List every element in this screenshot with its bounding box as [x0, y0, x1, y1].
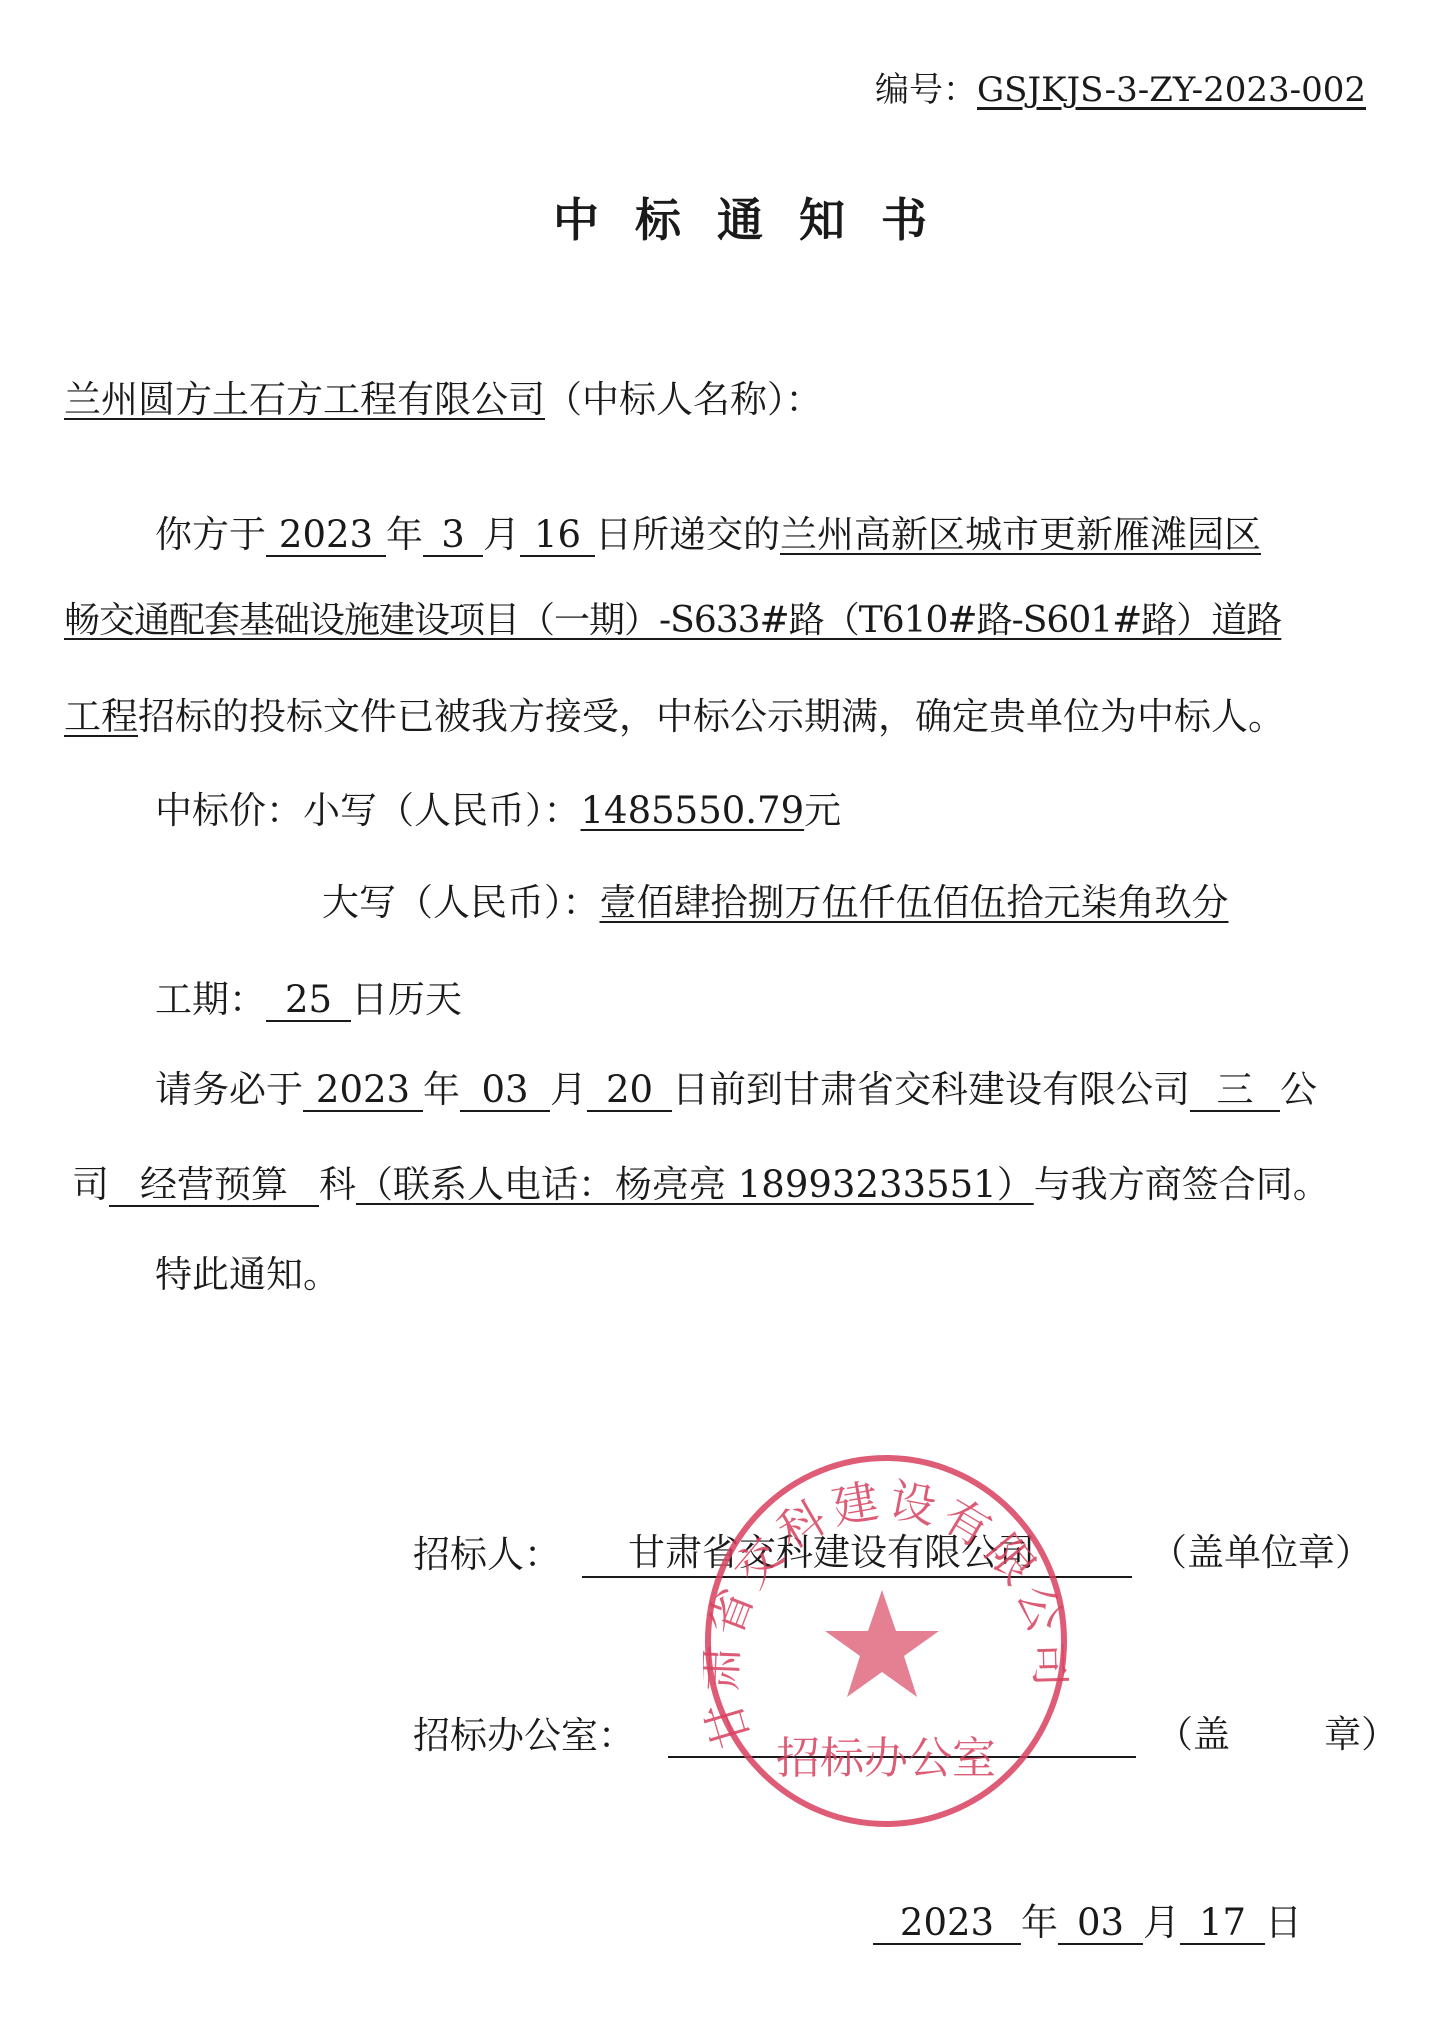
body-line-1: 你方于2023年3月16日所递交的兰州高新区城市更新雁滩园区 [155, 512, 1261, 558]
issue-day-unit: 日 [1265, 1901, 1302, 1944]
issue-date: 2023年03月17日 [873, 1900, 1302, 1946]
price-big-value: 壹佰肆拾捌万伍仟伍佰伍拾元柒角玖分 [600, 881, 1229, 924]
project-name-part-2: 畅交通配套基础设施建设项目（一期）-S633#路（T610#路-S601#路）道… [64, 600, 1281, 641]
submit-year: 2023 [266, 515, 386, 557]
price-big-label: 大写（人民币）： [322, 881, 600, 924]
contract-year-unit: 年 [423, 1068, 460, 1111]
stamp-ring-text: 甘肃省交科建设有限公司 [703, 1473, 1069, 1755]
tenderer-underline [582, 1576, 1132, 1578]
price-big-line: 大写（人民币）：壹佰肆拾捌万伍仟伍佰伍拾元柒角玖分 [322, 880, 1229, 926]
price-small-label: 小写（人民币）： [303, 789, 581, 832]
recipient-company: 兰州圆方土石方工程有限公司 [64, 378, 545, 421]
contract-branch: 三 [1190, 1070, 1280, 1112]
month-unit: 月 [483, 513, 520, 556]
svg-text:甘肃省交科建设有限公司: 甘肃省交科建设有限公司 [703, 1473, 1069, 1755]
notice-end: 特此通知。 [155, 1252, 340, 1298]
issue-month: 03 [1058, 1903, 1143, 1945]
document-number-value: GSJKJS-3-ZY-2023-002 [977, 70, 1366, 110]
contract-line-2: 司经营预算科（联系人电话：杨亮亮 18993233551）与我方商签合同。 [72, 1162, 1330, 1208]
office-underline [668, 1756, 1136, 1758]
contract-line-1: 请务必于2023年03月20日前到甘肃省交科建设有限公司三公 [155, 1067, 1317, 1113]
issue-year-unit: 年 [1021, 1901, 1058, 1944]
contract-prefix: 请务必于 [155, 1068, 303, 1111]
page-title: 中标通知书 [553, 184, 963, 250]
contract-day: 20 [587, 1070, 672, 1112]
issue-month-unit: 月 [1143, 1901, 1180, 1944]
tenderer-seal-note: （盖单位章） [1150, 1530, 1372, 1576]
year-unit: 年 [386, 513, 423, 556]
official-seal-stamp: 甘肃省交科建设有限公司 招标办公室 [703, 1453, 1069, 1829]
tenderer-label: 招标人： [413, 1532, 561, 1578]
tenderer-value: 甘肃省交科建设有限公司 [628, 1530, 1035, 1576]
duration-label: 工期： [155, 978, 266, 1021]
project-name-part-1: 兰州高新区城市更新雁滩园区 [780, 513, 1261, 556]
submit-day: 16 [520, 515, 595, 557]
office-seal-note: （盖 章） [1156, 1712, 1398, 1758]
document-number-label: 编号： [875, 70, 977, 110]
body-prefix: 你方于 [155, 513, 266, 556]
stamp-center-text: 招标办公室 [776, 1733, 996, 1784]
contract-year: 2023 [303, 1070, 423, 1112]
price-unit: 元 [804, 789, 841, 832]
duration-line: 工期：25日历天 [155, 977, 462, 1023]
acceptance-text: 招标的投标文件已被我方接受，中标公示期满，确定贵单位为中标人。 [138, 695, 1285, 738]
recipient-suffix: （中标人名称）： [545, 378, 823, 421]
recipient-line: 兰州圆方土石方工程有限公司（中标人名称）： [64, 377, 823, 423]
issue-year: 2023 [873, 1903, 1021, 1945]
body-line-3: 工程招标的投标文件已被我方接受，中标公示期满，确定贵单位为中标人。 [64, 694, 1285, 740]
contract-branch-suffix-1: 公 [1280, 1068, 1317, 1111]
contract-branch-suffix-2: 司 [72, 1163, 109, 1206]
contract-closing: 与我方商签合同。 [1034, 1163, 1330, 1206]
contract-month-unit: 月 [550, 1068, 587, 1111]
project-name-part-3: 工程 [64, 695, 138, 738]
contract-month: 03 [460, 1070, 550, 1112]
contract-department-suffix: 科 [319, 1163, 356, 1206]
contract-department: 经营预算 [109, 1165, 319, 1207]
duration-value: 25 [266, 980, 351, 1022]
price-small-line: 中标价：小写（人民币）：1485550.79元 [155, 788, 841, 834]
duration-unit: 日历天 [351, 978, 462, 1021]
body-line-2: 畅交通配套基础设施建设项目（一期）-S633#路（T610#路-S601#路）道… [64, 598, 1281, 644]
contract-day-unit: 日前到甘肃省交科建设有限公司 [672, 1068, 1190, 1111]
office-label: 招标办公室： [413, 1713, 635, 1759]
contract-contact: （联系人电话：杨亮亮 18993233551） [356, 1163, 1034, 1206]
star-icon [825, 1590, 939, 1697]
price-small-value: 1485550.79 [581, 789, 805, 832]
issue-day: 17 [1180, 1903, 1265, 1945]
submit-month: 3 [423, 515, 483, 557]
day-unit: 日所递交的 [595, 513, 780, 556]
document-number: 编号：GSJKJS-3-ZY-2023-002 [875, 62, 1366, 111]
price-label: 中标价： [155, 789, 303, 832]
